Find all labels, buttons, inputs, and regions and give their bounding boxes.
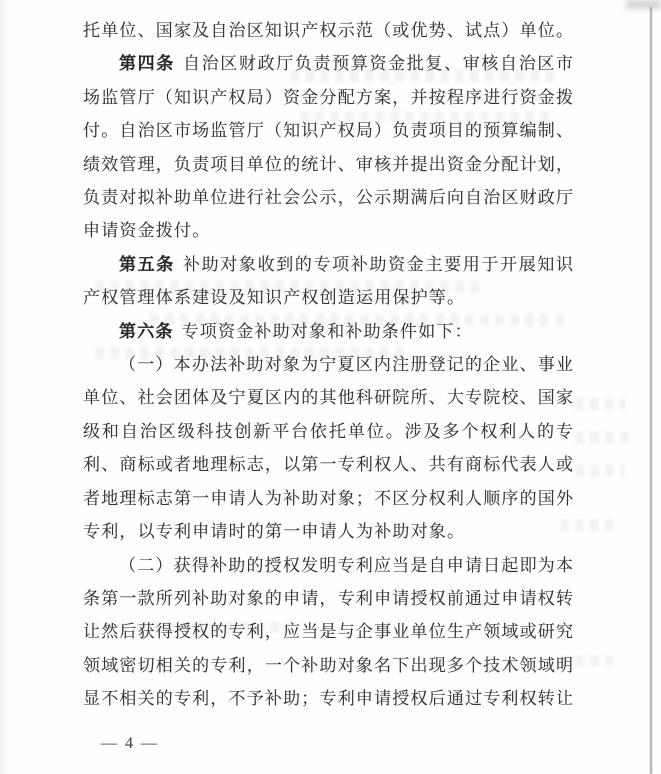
text-line-content: 者地理标志第一申请人为补助对象；不区分权利人顺序的国外 xyxy=(83,489,573,508)
text-line-content: 场监管厅（知识产权局）资金分配方案，并按程序进行资金拨 xyxy=(83,88,573,107)
text-line: 付。自治区市场监管厅（知识产权局）负责项目的预算编制、 xyxy=(83,114,573,147)
bleedthrough-mark xyxy=(575,465,625,477)
text-line: 级和自治区级科技创新平台依托单位。涉及多个权利人的专 xyxy=(83,415,573,448)
text-line-content: 利、商标或者地理标志，以第一专利权人、共有商标代表人或 xyxy=(83,455,573,474)
text-line-content: 专项资金补助对象和补助条件如下： xyxy=(182,322,473,341)
scan-corner-smudge xyxy=(626,0,661,9)
text-line: 第四条自治区财政厅负责预算资金批复、审核自治区市 xyxy=(83,47,573,80)
clause-number: 第六条 xyxy=(119,322,174,341)
text-line: 第六条专项资金补助对象和补助条件如下： xyxy=(83,315,573,348)
text-line: 条第一款所列补助对象的申请，专利申请授权前通过申请权转 xyxy=(83,582,573,615)
text-line: 单位、社会团体及宁夏区内的其他科研院所、大专院校、国家 xyxy=(83,381,573,414)
text-line-content: 级和自治区级科技创新平台依托单位。涉及多个权利人的专 xyxy=(83,422,573,441)
text-line-content: 领域密切相关的专利，一个补助对象名下出现多个技术领域明 xyxy=(83,656,573,675)
text-line-content: 补助对象收到的专项补助资金主要用于开展知识 xyxy=(183,255,573,274)
text-line-content: 让然后获得授权的专利，应当是与企事业单位生产领域或研究 xyxy=(83,622,573,641)
text-line-content: 产权管理体系建设及知识产权创造运用保护等。 xyxy=(83,288,465,307)
text-line: 托单位、国家及自治区知识产权示范（或优势、试点）单位。 xyxy=(83,14,573,47)
text-line: 专利，以专利申请时的第一申请人为补助对象。 xyxy=(83,515,573,548)
text-line: 者地理标志第一申请人为补助对象；不区分权利人顺序的国外 xyxy=(83,482,573,515)
text-line: 绩效管理，负责项目单位的统计、审核并提出资金分配计划， xyxy=(83,148,573,181)
text-line-content: 专利，以专利申请时的第一申请人为补助对象。 xyxy=(83,522,465,541)
text-line: 领域密切相关的专利，一个补助对象名下出现多个技术领域明 xyxy=(83,649,573,682)
text-line: （一）本办法补助对象为宁夏区内注册登记的企业、事业 xyxy=(83,348,573,381)
text-line: 负责对拟补助单位进行社会公示，公示期满后向自治区财政厅 xyxy=(83,181,573,214)
text-line-content: 单位、社会团体及宁夏区内的其他科研院所、大专院校、国家 xyxy=(83,388,573,407)
text-line-content: 自治区财政厅负责预算资金批复、审核自治区市 xyxy=(183,54,573,73)
text-line: 产权管理体系建设及知识产权创造运用保护等。 xyxy=(83,281,573,314)
text-line: （二）获得补助的授权发明专利应当是自申请日起即为本 xyxy=(83,549,573,582)
bleedthrough-mark xyxy=(575,398,625,410)
text-line-content: 申请资金拨付。 xyxy=(83,221,210,240)
text-line-content: （二）获得补助的授权发明专利应当是自申请日起即为本 xyxy=(119,556,573,575)
text-line-content: 绩效管理，负责项目单位的统计、审核并提出资金分配计划， xyxy=(83,155,573,174)
text-line-content: 付。自治区市场监管厅（知识产权局）负责项目的预算编制、 xyxy=(83,121,573,140)
clause-number: 第四条 xyxy=(119,54,175,73)
text-line: 申请资金拨付。 xyxy=(83,214,573,247)
text-line-content: 条第一款所列补助对象的申请，专利申请授权前通过申请权转 xyxy=(83,589,573,608)
scanned-document-page: 托单位、国家及自治区知识产权示范（或优势、试点）单位。 第四条自治区财政厅负责预… xyxy=(0,0,661,774)
text-line: 利、商标或者地理标志，以第一专利权人、共有商标代表人或 xyxy=(83,448,573,481)
text-line-content: （一）本办法补助对象为宁夏区内注册登记的企业、事业 xyxy=(119,355,573,374)
clause-number: 第五条 xyxy=(119,255,175,274)
text-line: 让然后获得授权的专利，应当是与企事业单位生产领域或研究 xyxy=(83,615,573,648)
bleedthrough-mark xyxy=(575,432,630,444)
page-number: — 4 — xyxy=(101,733,159,755)
text-line-content: 托单位、国家及自治区知识产权示范（或优势、试点）单位。 xyxy=(83,21,573,40)
text-line-content: 负责对拟补助单位进行社会公示，公示期满后向自治区财政厅 xyxy=(83,188,573,207)
text-line: 场监管厅（知识产权局）资金分配方案，并按程序进行资金拨 xyxy=(83,81,573,114)
document-body: 托单位、国家及自治区知识产权示范（或优势、试点）单位。 第四条自治区财政厅负责预… xyxy=(83,14,573,716)
text-line: 显不相关的专利，不予补助；专利申请授权后通过专利权转让 xyxy=(83,682,573,715)
text-line-content: 显不相关的专利，不予补助；专利申请授权后通过专利权转让 xyxy=(83,689,573,708)
text-line: 第五条补助对象收到的专项补助资金主要用于开展知识 xyxy=(83,248,573,281)
scan-edge-line xyxy=(650,7,652,774)
